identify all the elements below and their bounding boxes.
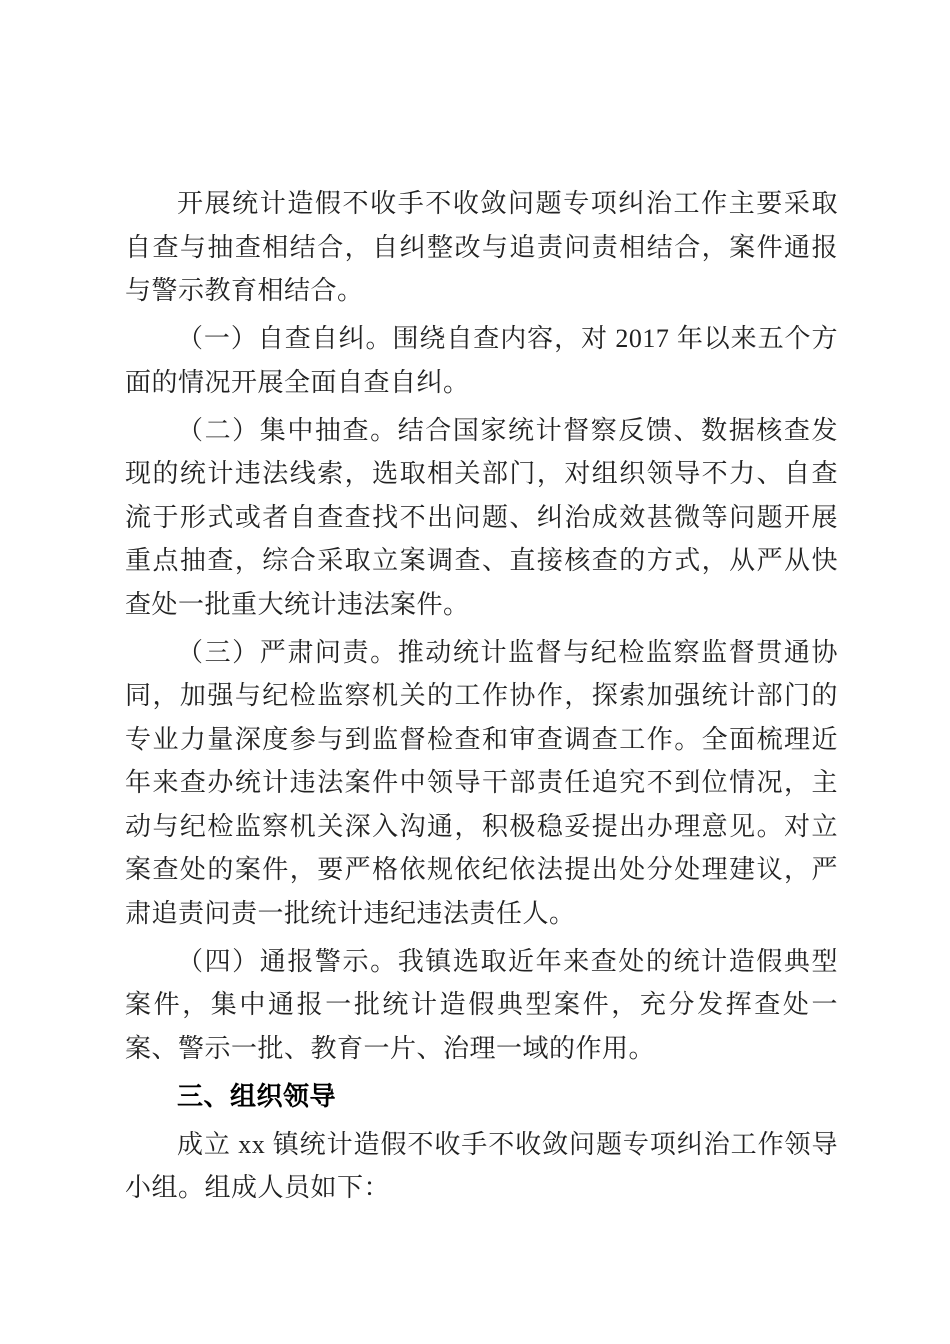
paragraph-item-2-spot-check: （二）集中抽查。结合国家统计督察反馈、数据核查发现的统计违法线索，选取相关部门，… — [125, 409, 838, 627]
paragraph-item-1-self-check: （一）自查自纠。围绕自查内容，对 2017 年以来五个方面的情况开展全面自查自纠… — [125, 317, 838, 404]
paragraph-item-3-accountability: （三）严肃问责。推动统计监督与纪检监察监督贯通协同，加强与纪检监察机关的工作协作… — [125, 631, 838, 936]
document-body: 开展统计造假不收手不收敛问题专项纠治工作主要采取自查与抽查相结合，自纠整改与追责… — [125, 182, 838, 1210]
document-page: 开展统计造假不收手不收敛问题专项纠治工作主要采取自查与抽查相结合，自纠整改与追责… — [0, 0, 950, 1344]
paragraph-methods-intro: 开展统计造假不收手不收敛问题专项纠治工作主要采取自查与抽查相结合，自纠整改与追责… — [125, 182, 838, 313]
section-heading-organization-leadership: 三、组织领导 — [125, 1075, 838, 1119]
paragraph-item-4-notification: （四）通报警示。我镇选取近年来查处的统计造假典型案件，集中通报一批统计造假典型案… — [125, 940, 838, 1071]
paragraph-leading-group: 成立 xx 镇统计造假不收手不收敛问题专项纠治工作领导小组。组成人员如下： — [125, 1123, 838, 1210]
